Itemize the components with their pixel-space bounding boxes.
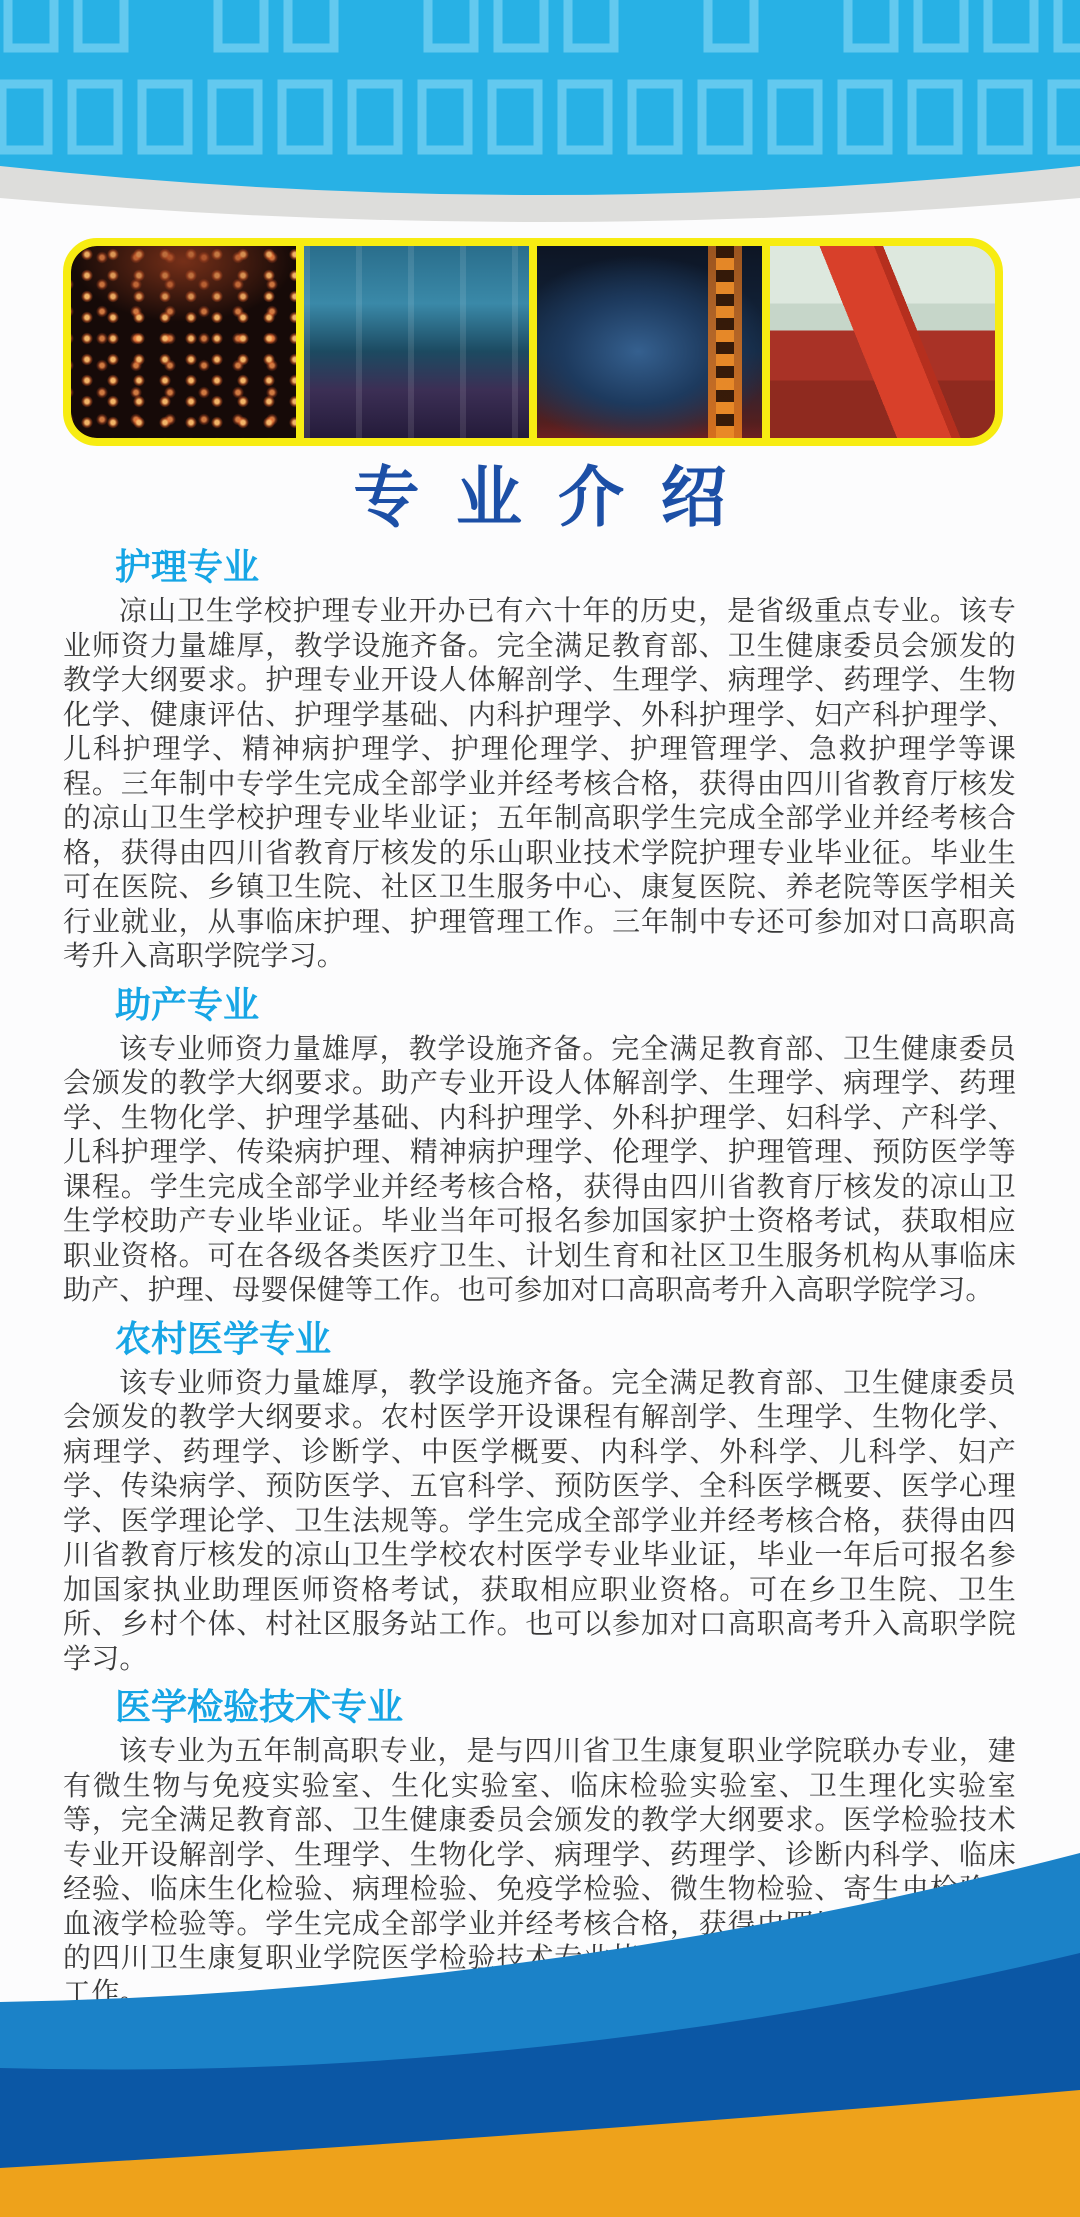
section-body: 该专业师资力量雄厚，教学设施齐备。完全满足教育部、卫生健康委员会颁发的教学大纲要… <box>63 1032 1016 1308</box>
sections-content: 护理专业 凉山卫生学校护理专业开办已有六十年的历史，是省级重点专业。该专业师资力… <box>0 534 1080 2010</box>
section-nursing: 护理专业 凉山卫生学校护理专业开办已有六十年的历史，是省级重点专业。该专业师资力… <box>63 545 1016 974</box>
section-body: 凉山卫生学校护理专业开办已有六十年的历史，是省级重点专业。该专业师资力量雄厚，教… <box>63 594 1016 974</box>
capping-ceremony-candlelight-photo <box>71 246 296 438</box>
first-aid-stretcher-training-photo <box>770 246 995 438</box>
section-heading: 护理专业 <box>63 545 1016 589</box>
photo-strip <box>63 238 1003 446</box>
section-heading: 农村医学专业 <box>63 1317 1016 1361</box>
section-rural-medicine: 农村医学专业 该专业师资力量雄厚，教学设施齐备。完全满足教育部、卫生健康委员会颁… <box>63 1317 1016 1677</box>
header-banner <box>0 0 1080 252</box>
hospital-ward-practice-photo <box>304 246 529 438</box>
footer-waves <box>0 1837 1080 2217</box>
section-body: 该专业师资力量雄厚，教学设施齐备。完全满足教育部、卫生健康委员会颁发的教学大纲要… <box>63 1366 1016 1677</box>
section-midwifery: 助产专业 该专业师资力量雄厚，教学设施齐备。完全满足教育部、卫生健康委员会颁发的… <box>63 983 1016 1308</box>
page-title: 专业介绍 <box>0 460 1080 534</box>
section-heading: 医学检验技术专业 <box>63 1685 1016 1729</box>
poster-page: 专业介绍 护理专业 凉山卫生学校护理专业开办已有六十年的历史，是省级重点专业。该… <box>0 0 1080 2217</box>
nursing-stage-performance-photo <box>537 246 762 438</box>
section-heading: 助产专业 <box>63 983 1016 1027</box>
